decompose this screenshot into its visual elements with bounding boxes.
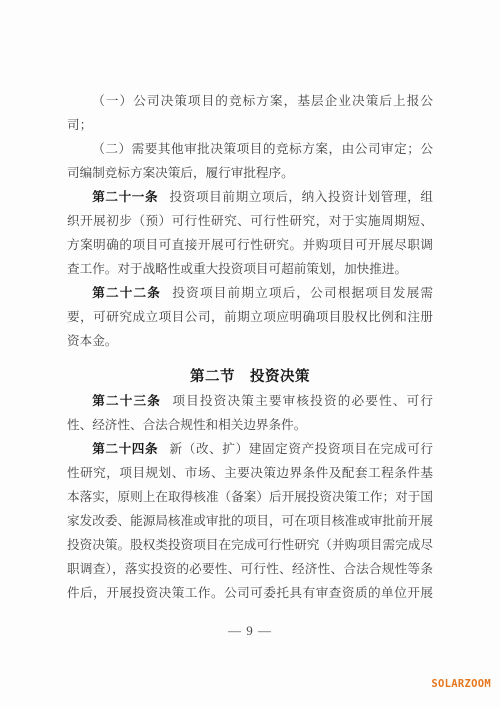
text-line: 职调查），落实投资的必要性、可行性、经济性、合法合规性等条 — [67, 557, 433, 581]
line-text: 项目投资决策主要审核投资的必要性、可行 — [172, 394, 433, 408]
text-line: 件后，开展投资决策工作。公司可委托具有审查资质的单位开展 — [67, 581, 433, 605]
article-number: 第二十三条 — [92, 394, 161, 408]
text-line: 第二十三条项目投资决策主要审核投资的必要性、可行 — [67, 389, 433, 413]
line-text: 司编制竞标方案决策后，履行审批程序。 — [67, 166, 294, 180]
line-text: 织开展初步（预）可行性研究、可行性研究，对于实施周期短、 — [67, 214, 433, 228]
text-line: 司； — [67, 113, 433, 137]
line-text: 家发改委、能源局核准或审批的项目，可在项目核准或审批前开展 — [67, 514, 433, 528]
page-number: — 9 — — [0, 622, 500, 640]
text-line: 要，可研究成立项目公司，前期立项应明确项目股权比例和注册 — [67, 305, 433, 329]
text-line: 性、经济性、合法合规性和相关边界条件。 — [67, 413, 433, 437]
line-text: 要，可研究成立项目公司，前期立项应明确项目股权比例和注册 — [67, 310, 433, 324]
document-page: （一）公司决策项目的竞标方案，基层企业决策后上报公司；（二）需要其他审批决策项目… — [0, 0, 500, 707]
line-text: 查工作。对于战略性或重大投资项目可超前策划，加快推进。 — [67, 262, 407, 276]
text-line: 投资决策。股权类投资项目在完成可行性研究（并购项目需完成尽 — [67, 533, 433, 557]
text-line: 第二十一条投资项目前期立项后，纳入投资计划管理，组 — [67, 185, 433, 209]
text-line: 性研究，项目规划、市场、主要决策边界条件及配套工程条件基 — [67, 461, 433, 485]
watermark-solarzoom: SOLARZOOM — [431, 678, 491, 690]
text-line: 第二十二条投资项目前期立项后，公司根据项目发展需 — [67, 281, 433, 305]
line-text: 投资项目前期立项后，纳入投资计划管理，组 — [170, 190, 433, 204]
text-line: 家发改委、能源局核准或审批的项目，可在项目核准或审批前开展 — [67, 509, 433, 533]
line-text: 件后，开展投资决策工作。公司可委托具有审查资质的单位开展 — [67, 586, 433, 600]
section-heading: 第二节 投资决策 — [67, 365, 433, 389]
line-text: 性、经济性、合法合规性和相关边界条件。 — [67, 418, 306, 432]
line-text: 司； — [67, 118, 92, 132]
text-line: （二）需要其他审批决策项目的竞标方案，由公司审定；公 — [67, 137, 433, 161]
line-text: 方案明确的项目可直接开展可行性研究。并购项目可开展尽职调 — [67, 238, 433, 252]
text-line: 资本金。 — [67, 329, 433, 353]
line-text: 性研究，项目规划、市场、主要决策边界条件及配套工程条件基 — [67, 466, 433, 480]
text-line: 方案明确的项目可直接开展可行性研究。并购项目可开展尽职调 — [67, 233, 433, 257]
text-line: 织开展初步（预）可行性研究、可行性研究，对于实施周期短、 — [67, 209, 433, 233]
text-line: （一）公司决策项目的竞标方案，基层企业决策后上报公 — [67, 89, 433, 113]
line-text: 投资项目前期立项后，公司根据项目发展需 — [172, 286, 433, 300]
article-number: 第二十一条 — [92, 190, 158, 204]
text-line: 本落实，原则上在取得核准（备案）后开展投资决策工作；对于国 — [67, 485, 433, 509]
document-body: （一）公司决策项目的竞标方案，基层企业决策后上报公司；（二）需要其他审批决策项目… — [67, 89, 433, 605]
text-line: 查工作。对于战略性或重大投资项目可超前策划，加快推进。 — [67, 257, 433, 281]
text-line: 第二十四条新（改、扩）建固定资产投资项目在完成可行 — [67, 437, 433, 461]
article-number: 第二十四条 — [92, 442, 158, 456]
line-text: 新（改、扩）建固定资产投资项目在完成可行 — [170, 442, 433, 456]
text-line: 司编制竞标方案决策后，履行审批程序。 — [67, 161, 433, 185]
line-text: 本落实，原则上在取得核准（备案）后开展投资决策工作；对于国 — [67, 490, 433, 504]
line-text: 资本金。 — [67, 334, 117, 348]
line-text: （二）需要其他审批决策项目的竞标方案，由公司审定；公 — [92, 142, 433, 156]
line-text: 第二节 投资决策 — [190, 369, 310, 385]
line-text: （一）公司决策项目的竞标方案，基层企业决策后上报公 — [92, 94, 433, 108]
article-number: 第二十二条 — [92, 286, 161, 300]
line-text: 投资决策。股权类投资项目在完成可行性研究（并购项目需完成尽 — [67, 538, 433, 552]
line-text: 职调查），落实投资的必要性、可行性、经济性、合法合规性等条 — [67, 562, 433, 576]
